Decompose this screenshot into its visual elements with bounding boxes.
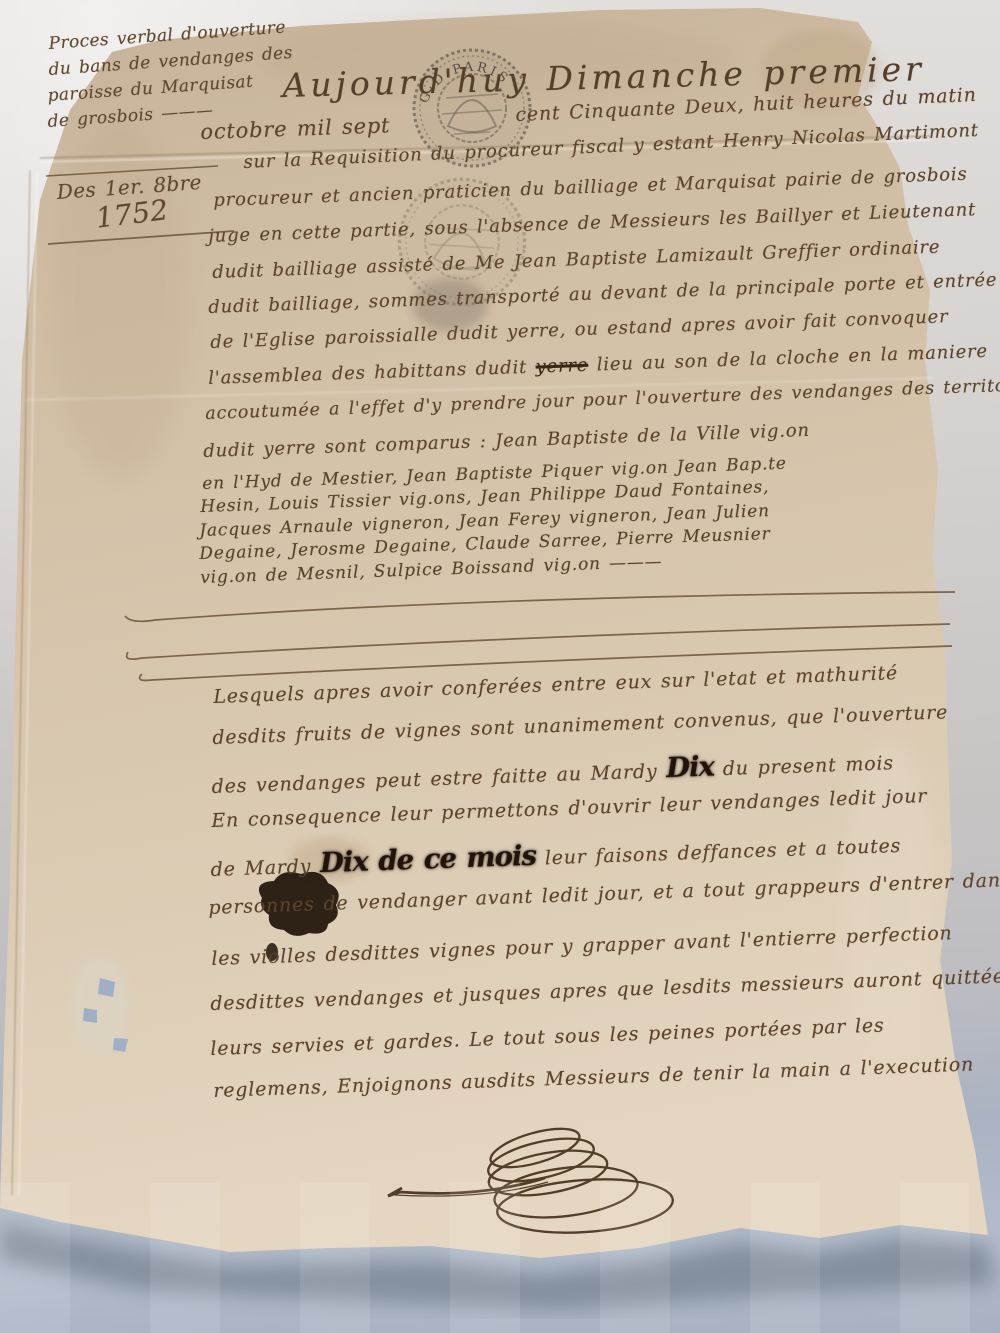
- manuscript-line: desdits fruits de vignes sont unanimemen…: [212, 701, 948, 749]
- manuscript-line: reglemens, Enjoignons ausdits Messieurs …: [213, 1053, 974, 1102]
- manuscript-photo: G·D·PARIS: [0, 0, 1000, 1333]
- line-segment: du present mois: [714, 752, 895, 780]
- handwriting-layer: Proces verbal d'ouverture du bans de ven…: [0, 0, 1000, 1333]
- line-segment: de Mardy: [210, 855, 320, 881]
- margin-title-line: de grosbois ———: [47, 100, 214, 132]
- overwritten-date: Dix: [666, 750, 715, 784]
- manuscript-line: les violles desdittes vignes pour y grap…: [211, 922, 953, 970]
- line-segment: lieu au son de la cloche en la maniere: [588, 341, 988, 376]
- manuscript-line: leurs servies et gardes. Le tout sous le…: [210, 1014, 885, 1060]
- manuscript-line: Lesquels apres avoir conferées entre eux…: [213, 662, 898, 708]
- table-surface: [0, 1183, 1000, 1333]
- manuscript-line: octobre mil sept: [200, 113, 391, 144]
- overwritten-date: Dix de ce mois: [319, 840, 536, 880]
- manuscript-line: desdittes vendanges et jusques apres que…: [210, 965, 1000, 1015]
- line-segment: l'assemblea des habittans dudit: [208, 357, 536, 389]
- line-segment: des vendanges peut estre faitte au Mardy: [211, 760, 666, 798]
- manuscript-line-with-overwrite: de Mardy Dix de ce mois leur faisons def…: [210, 827, 902, 883]
- line-segment: leur faisons deffances et a toutes: [536, 835, 902, 870]
- struck-word: yerre: [535, 355, 588, 378]
